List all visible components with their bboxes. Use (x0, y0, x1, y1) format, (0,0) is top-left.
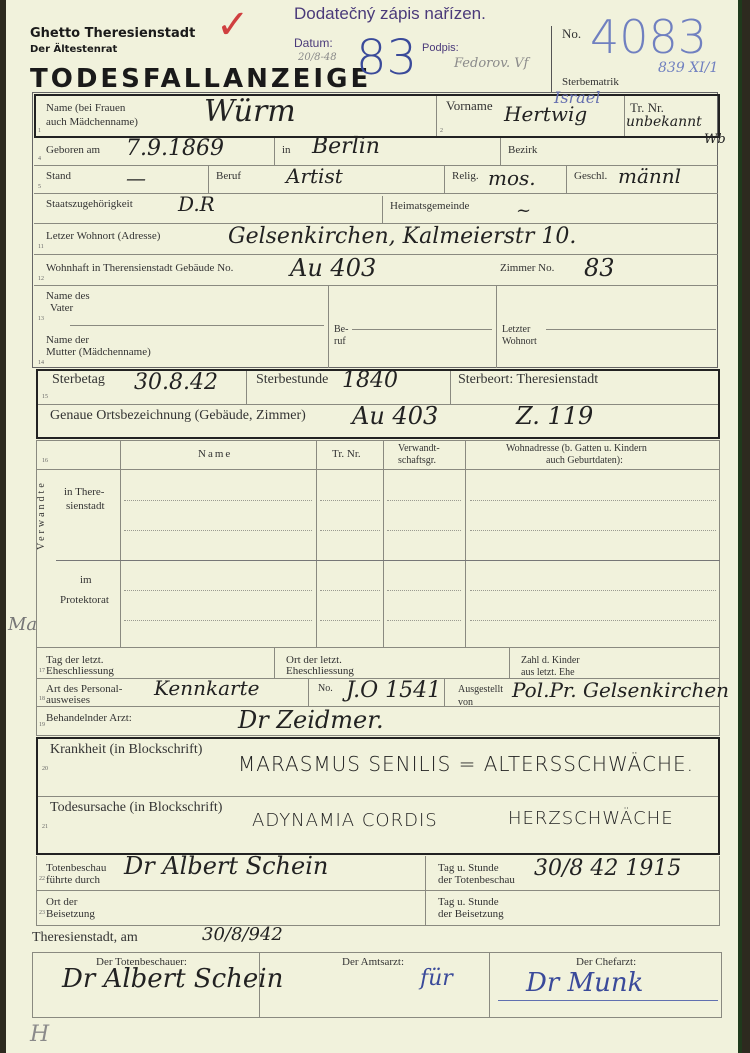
staat-label: Staatszugehörigkeit (46, 198, 133, 210)
org-name: Ghetto Theresienstadt (30, 26, 195, 41)
wohnort-label: Letzer Wohnort (Adresse) (46, 230, 160, 242)
divider (425, 856, 426, 926)
beruf2-label-2: ruf (334, 336, 346, 348)
stand-label: Stand (46, 170, 71, 182)
divider (34, 285, 718, 286)
tagstunde-label-2: der Totenbeschau (438, 874, 515, 886)
ortsbezeichnung-building: Au 403 (352, 402, 438, 430)
stand-value: — (126, 166, 146, 190)
divider (274, 138, 275, 165)
divider (465, 440, 466, 648)
heimat-label: Heimatsgemeinde (390, 200, 469, 212)
sterbematrik-value: 839 XI/1 (658, 60, 718, 76)
in-value: Berlin (312, 134, 380, 159)
col-trnr: Tr. Nr. (332, 448, 361, 460)
col-verwandt-2: schaftsgr. (398, 455, 436, 467)
divider (36, 890, 720, 891)
name-value: Würm (204, 94, 296, 129)
ortsbezeichnung-label: Genaue Ortsbezeichnung (Gebäude, Zimmer) (50, 410, 306, 422)
divider (444, 678, 445, 706)
ausweis-label-2: ausweises (46, 694, 90, 706)
ausweis-no-label: No. (318, 683, 333, 695)
sterbestunde-label: Sterbestunde (256, 374, 328, 386)
org-subname: Der Ältestenrat (30, 44, 117, 55)
divider (56, 560, 720, 561)
geschl-label: Geschl. (574, 170, 607, 182)
group-protektorat: im (80, 574, 92, 586)
zimmer-label: Zimmer No. (500, 262, 554, 274)
relig-value: mos. (488, 166, 536, 190)
bottom-note: H (30, 1022, 49, 1047)
divider (500, 138, 501, 165)
stamp-datum-label: Datum: (294, 36, 333, 50)
checkmark-icon: ✓ (216, 2, 250, 48)
stamp-podpis-label: Podpis: (422, 42, 459, 54)
divider (382, 196, 383, 223)
ort-beisetzung-label: Ort der (46, 896, 77, 908)
ausweis-no-value: J.O 1541 (346, 678, 441, 703)
col-wohnadresse-2: auch Geburtdaten): (546, 455, 623, 467)
divider (120, 440, 121, 648)
sterbestunde-value: 1840 (342, 368, 398, 393)
sterbetag-label: Sterbetag (52, 374, 105, 386)
geboren-label: Geboren am (46, 144, 100, 156)
divider (246, 371, 247, 404)
verwandte-label: Verwandte (36, 480, 48, 550)
relig-label: Relig. (452, 170, 479, 182)
stamp-datum-value: 20/8-48 (298, 52, 337, 63)
divider (624, 96, 625, 136)
divider (489, 952, 490, 1018)
zimmer-value: 83 (584, 254, 615, 282)
chefarzt-signature: Dr Munk (526, 968, 643, 998)
tag-ehe-label-2: Eheschliessung (46, 665, 114, 677)
krankheit-label: Krankheit (in Blockschrift) (50, 744, 202, 756)
divider (36, 469, 720, 470)
sterbematrik-label: Sterbematrik (562, 76, 619, 88)
tagstunde-label: Tag u. Stunde (438, 862, 499, 874)
todesursache-value-german: HERZSCHWÄCHE (508, 808, 674, 829)
divider (566, 166, 567, 193)
divider (436, 96, 437, 136)
divider (208, 166, 209, 193)
bezirk-label: Bezirk (508, 144, 537, 156)
beruf-label: Beruf (216, 170, 241, 182)
ausgestellt-label-2: von (458, 697, 473, 709)
ort-beisetzung-label-2: Beisetzung (46, 908, 95, 920)
tag-beisetzung-label: Tag u. Stunde (438, 896, 499, 908)
col-wohnadresse: Wohnadresse (b. Gatten u. Kindern (506, 443, 647, 455)
staat-value: D.R (178, 192, 215, 216)
divider (308, 678, 309, 706)
divider (383, 440, 384, 648)
trnr-label: Tr. Nr. (630, 102, 664, 114)
col-name: Name (198, 448, 232, 460)
stamp-number: 83 (356, 30, 417, 86)
letzter-wohnort-label-2: Wohnort (502, 336, 537, 348)
arzt-label: Behandelnder Arzt: (46, 712, 132, 724)
place-date-label: Theresienstadt, am (32, 932, 138, 944)
divider (70, 325, 324, 326)
vorname-label: Vorname (446, 100, 493, 112)
vater-label: Name des (46, 290, 90, 302)
no-value: 4083 (590, 10, 707, 64)
amtsarzt-label: Der Amtsarzt: (342, 956, 404, 968)
totenbeschau-value: Dr Albert Schein (124, 852, 328, 880)
geschl-value: männl (618, 164, 681, 188)
side-note: Wb (704, 132, 726, 147)
no-label: No. (562, 28, 581, 40)
krankheit-value: MARASMUS SENILIS = ALTERSSCHWÄCHE. (238, 752, 694, 776)
ausweis-value: Kennkarte (154, 676, 259, 700)
name-label-2: auch Mädchenname) (46, 116, 138, 128)
name-label: Name (bei Frauen (46, 102, 125, 114)
vater-label-2: Vater (50, 302, 73, 314)
divider (34, 193, 718, 194)
wohnort-value: Gelsenkirchen, Kalmeierstr 10. (228, 224, 576, 249)
beruf2-label: Be- (334, 324, 348, 336)
tag-beisetzung-label-2: der Beisetzung (438, 908, 504, 920)
wohnhaft-label: Wohnhaft in Therensienstadt Gebäude No. (46, 262, 233, 274)
sterbetag-value: 30.8.42 (134, 370, 218, 395)
group-theresienstadt-2: sienstadt (66, 500, 105, 512)
wohnhaft-value: Au 403 (290, 254, 376, 282)
totenbeschau-label-2: führte durch (46, 874, 100, 886)
heimat-value: ~ (516, 200, 531, 221)
divider (274, 648, 275, 678)
place-date-value: 30/8/942 (202, 924, 283, 945)
divider (546, 329, 716, 330)
signature-line (498, 1000, 718, 1001)
sterbeort-label: Sterbeort: Theresienstadt (458, 374, 598, 386)
totenbeschauer-signature: Dr Albert Schein (62, 964, 283, 994)
stamp-text: Dodatečný zápis nařízen. (294, 4, 486, 24)
arzt-value: Dr Zeidmer. (238, 706, 384, 734)
stamp-podpis-value: Fedorov. Vf (454, 56, 528, 71)
divider (328, 286, 329, 368)
mutter-label-2: Mutter (Mädchenname) (46, 346, 151, 358)
divider (38, 796, 718, 797)
tagstunde-value: 30/8 42 1915 (534, 856, 681, 881)
col-verwandt: Verwandt- (398, 443, 440, 455)
chefarzt-label: Der Chefarzt: (576, 956, 636, 968)
divider (352, 329, 492, 330)
todesursache-value-latin: ADYNAMIA CORDIS (252, 810, 438, 831)
mutter-label: Name der (46, 334, 89, 346)
death-notice-form: Ghetto Theresienstadt Der Ältestenrat TO… (6, 0, 742, 1053)
kinder-label: Zahl d. Kinder (521, 655, 580, 667)
ausgestellt-value: Pol.Pr. Gelsenkirchen (512, 678, 729, 702)
group-protektorat-2: Protektorat (60, 594, 109, 606)
amtsarzt-signature: für (420, 966, 453, 991)
totenbeschau-label: Totenbeschau (46, 862, 106, 874)
in-label: in (282, 144, 291, 156)
geboren-value: 7.9.1869 (126, 136, 224, 161)
beruf-value: Artist (286, 164, 343, 188)
ort-ehe-label-2: Eheschliessung (286, 665, 354, 677)
todesursache-label: Todesursache (in Blockschrift) (50, 802, 222, 814)
margin-note: Ma (8, 614, 37, 635)
divider (444, 166, 445, 193)
divider (316, 440, 317, 648)
ortsbezeichnung-room: Z. 119 (516, 402, 593, 430)
relatives-table (36, 440, 720, 648)
divider (496, 286, 497, 368)
vorname-overwrite: Israel (554, 88, 600, 107)
trnr-value: unbekannt (626, 114, 702, 130)
divider (551, 26, 552, 92)
form-title: TODESFALLANZEIGE (30, 64, 371, 94)
letzter-wohnort-label: Letzter (502, 324, 530, 336)
ausgestellt-label: Ausgestellt (458, 684, 503, 696)
group-theresienstadt: in There- (64, 486, 104, 498)
divider (450, 371, 451, 404)
divider (509, 648, 510, 678)
